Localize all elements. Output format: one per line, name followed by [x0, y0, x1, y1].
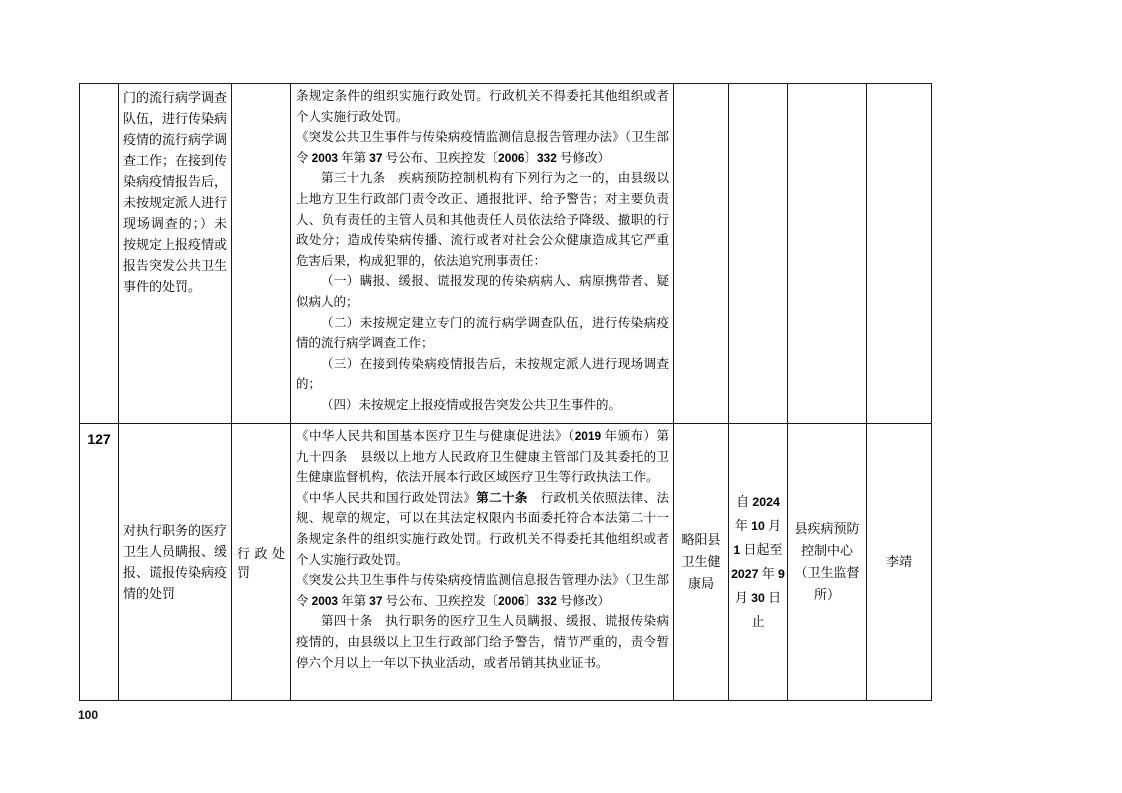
serial-number [80, 84, 118, 91]
date-range-text [729, 84, 787, 88]
document-page: 门的流行病学调查队伍，进行传染病疫情的流行病学调查工作；在接到传染病疫情报告后，… [0, 0, 1122, 793]
item-name-text: 对执行职务的医疗卫生人员瞒报、缓报、谎报传染病疫情的处罚 [119, 517, 231, 607]
table-row: 127 对执行职务的医疗卫生人员瞒报、缓报、谎报传染病疫情的处罚 行政处罚 《中… [80, 424, 932, 701]
penalty-type-text [232, 84, 290, 88]
item-name-cell: 门的流行病学调查队伍，进行传染病疫情的流行病学调查工作；在接到传染病疫情报告后，… [119, 84, 232, 424]
supervisor-text: 县疾病预防控制中心（卫生监督所） [788, 516, 866, 608]
agency-cell: 略阳县卫生健康局 [674, 424, 729, 701]
supervisor-cell [788, 84, 867, 424]
page-number: 100 [78, 708, 98, 722]
item-name-text: 门的流行病学调查队伍，进行传染病疫情的流行病学调查工作；在接到传染病疫情报告后，… [119, 84, 231, 420]
penalty-type-text: 行政处罚 [232, 541, 290, 583]
bold-article-ref: 第二十条 [476, 491, 528, 505]
contact-cell [867, 84, 932, 424]
legal-paragraph: 第三十九条 疾病预防控制机构有下列行为之一的，由县级以上地方卫生行政部门责令改正… [296, 168, 669, 271]
serial-cell [80, 84, 119, 424]
agency-cell [674, 84, 729, 424]
legal-paragraph: （四）未按规定上报疫情或报告突发公共卫生事件的。 [296, 395, 669, 416]
legal-paragraph: 条规定条件的组织实施行政处罚。行政机关不得委托其他组织或者个人实施行政处罚。 [296, 86, 669, 127]
contact-text [867, 84, 931, 88]
agency-text: 略阳县卫生健康局 [674, 527, 728, 597]
legal-paragraph: （一）瞒报、缓报、谎报发现的传染病病人、病原携带者、疑似病人的； [296, 271, 669, 312]
serial-cell: 127 [80, 424, 119, 701]
legal-paragraph: （二）未按规定建立专门的流行病学调查队伍，进行传染病疫情的流行病学调查工作； [296, 313, 669, 354]
date-range-cell: 自 2024 年 10 月 1 日起至 2027 年 9 月 30 日止 [729, 424, 788, 701]
contact-text: 李靖 [867, 549, 931, 575]
supervisor-cell: 县疾病预防控制中心（卫生监督所） [788, 424, 867, 701]
serial-number: 127 [80, 424, 118, 447]
table-row: 门的流行病学调查队伍，进行传染病疫情的流行病学调查工作；在接到传染病疫情报告后，… [80, 84, 932, 424]
penalty-type-cell [232, 84, 291, 424]
agency-text [674, 84, 728, 88]
legal-basis-cell: 条规定条件的组织实施行政处罚。行政机关不得委托其他组织或者个人实施行政处罚。 《… [291, 84, 674, 424]
penalty-type-cell: 行政处罚 [232, 424, 291, 701]
date-range-cell [729, 84, 788, 424]
penalty-items-table: 门的流行病学调查队伍，进行传染病疫情的流行病学调查工作；在接到传染病疫情报告后，… [79, 83, 932, 701]
legal-paragraph: 第四十条 执行职务的医疗卫生人员瞒报、缓报、谎报传染病疫情的，由县级以上卫生行政… [296, 611, 669, 673]
legal-paragraph: 《中华人民共和国基本医疗卫生与健康促进法》（2019 年颁布）第九十四条 县级以… [296, 426, 669, 488]
legal-paragraph: 《突发公共卫生事件与传染病疫情监测信息报告管理办法》（卫生部令 2003 年第 … [296, 570, 669, 611]
date-range-text: 自 2024 年 10 月 1 日起至 2027 年 9 月 30 日止 [729, 488, 787, 636]
legal-basis-text: 条规定条件的组织实施行政处罚。行政机关不得委托其他组织或者个人实施行政处罚。 《… [291, 84, 673, 422]
item-name-cell: 对执行职务的医疗卫生人员瞒报、缓报、谎报传染病疫情的处罚 [119, 424, 232, 701]
legal-basis-cell: 《中华人民共和国基本医疗卫生与健康促进法》（2019 年颁布）第九十四条 县级以… [291, 424, 674, 701]
legal-paragraph: 《中华人民共和国行政处罚法》第二十条 行政机关依照法律、法规、规章的规定，可以在… [296, 488, 669, 570]
legal-basis-text: 《中华人民共和国基本医疗卫生与健康促进法》（2019 年颁布）第九十四条 县级以… [291, 424, 673, 699]
contact-cell: 李靖 [867, 424, 932, 701]
legal-paragraph: 《突发公共卫生事件与传染病疫情监测信息报告管理办法》（卫生部令 2003 年第 … [296, 127, 669, 168]
supervisor-text [788, 84, 866, 88]
legal-paragraph: （三）在接到传染病疫情报告后，未按规定派人进行现场调查的； [296, 354, 669, 395]
